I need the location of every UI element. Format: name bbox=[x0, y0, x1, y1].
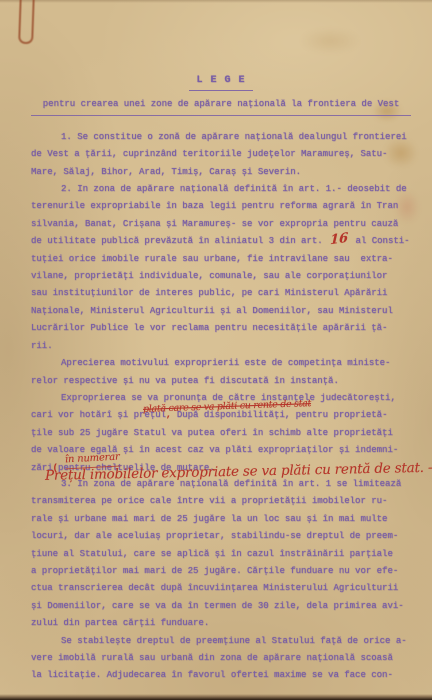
text-line: zului din partea cărții funduare. bbox=[31, 615, 411, 632]
document-title: L E G E bbox=[189, 72, 253, 91]
document-page: L E G E pentru crearea unei zone de apăr… bbox=[0, 0, 432, 700]
text-line: Aprecierea motivului exproprierii este d… bbox=[31, 355, 411, 372]
text-line: terenurile expropriabile în baza legii p… bbox=[31, 198, 411, 215]
text-line: sau instituțiunilor de interes public, p… bbox=[31, 285, 411, 302]
text-line: Naționale, Ministerul Agriculturii și al… bbox=[31, 303, 411, 320]
paragraph-3: Aprecierea motivului exproprierii este d… bbox=[31, 355, 411, 390]
paper-bottom-edge bbox=[0, 694, 432, 700]
text-line: relor respective și nu va putea fi discu… bbox=[31, 373, 411, 390]
text-line: 2. In zona de apărare națională definită… bbox=[31, 181, 411, 198]
text-line: de Vest a țării, cuprinzând teritoriile … bbox=[31, 146, 411, 163]
paper-top-edge bbox=[0, 0, 432, 3]
paragraph-2: 2. In zona de apărare națională definită… bbox=[31, 181, 411, 355]
text-line: Mare, Sălaj, Bihor, Arad, Timiș, Caraș ș… bbox=[31, 164, 411, 181]
text-line: Se stabilește dreptul de preemțiune al S… bbox=[31, 633, 411, 650]
handwritten-article-number: 16 bbox=[330, 234, 348, 247]
text-line: 1. Se constitue o zonă de apărare națion… bbox=[31, 129, 411, 146]
paragraph-6: Se stabilește dreptul de preemțiune al S… bbox=[31, 633, 411, 685]
text-line: țiune al Statului, care se aplică și în … bbox=[31, 546, 411, 563]
text-line: Lucrărilor Publice le vor reclama pentru… bbox=[31, 320, 411, 337]
text-line: la licitație. Adjudecarea în favorul ofe… bbox=[31, 667, 411, 684]
text-line: ctua transcrierea decât după încuviințar… bbox=[31, 580, 411, 597]
text-line: vere imobilă rurală sau urbană din zona … bbox=[31, 650, 411, 667]
text-line: vilane, proprietăți individuale, comunal… bbox=[31, 268, 411, 285]
paper-stain bbox=[300, 28, 360, 54]
text-line: țile sub 25 jugăre Statul va putea oferi… bbox=[31, 425, 411, 442]
text-segment: de utilitate publică prevăzută în alinia… bbox=[31, 236, 328, 246]
text-line: rale și urbane mai mari de 25 jugăre la … bbox=[31, 511, 411, 528]
text-line-with-correction: plată care se va plăti cu rente de statc… bbox=[31, 407, 411, 424]
text-line: rii. bbox=[31, 338, 411, 355]
text-line: a proprietăților mai mari de 25 jugăre. … bbox=[31, 563, 411, 580]
text-line: locuri, dar ale aceluiaș proprietar, sta… bbox=[31, 528, 411, 545]
text-segment: al Consti- bbox=[350, 236, 409, 246]
paperclip-rust-stain bbox=[18, 0, 35, 44]
text-line: și Domeniilor, care se va da în termen d… bbox=[31, 598, 411, 615]
text-line: tuției orice imobile rurale sau urbane, … bbox=[31, 251, 411, 268]
paragraph-5: 3. In zona de apărare națională definită… bbox=[31, 476, 411, 633]
document-subtitle: pentru crearea unei zone de apărare nați… bbox=[31, 96, 411, 115]
text-line-with-correction: de utilitate publică prevăzută în alinia… bbox=[31, 233, 411, 250]
text-line: silvania, Banat, Crișana și Maramureș- s… bbox=[31, 216, 411, 233]
paragraph-1: 1. Se constitue o zonă de apărare națion… bbox=[31, 129, 411, 181]
typed-text-block: L E G E pentru crearea unei zone de apăr… bbox=[31, 72, 411, 685]
text-line: transmiterea pe orice cale între vii a p… bbox=[31, 493, 411, 510]
